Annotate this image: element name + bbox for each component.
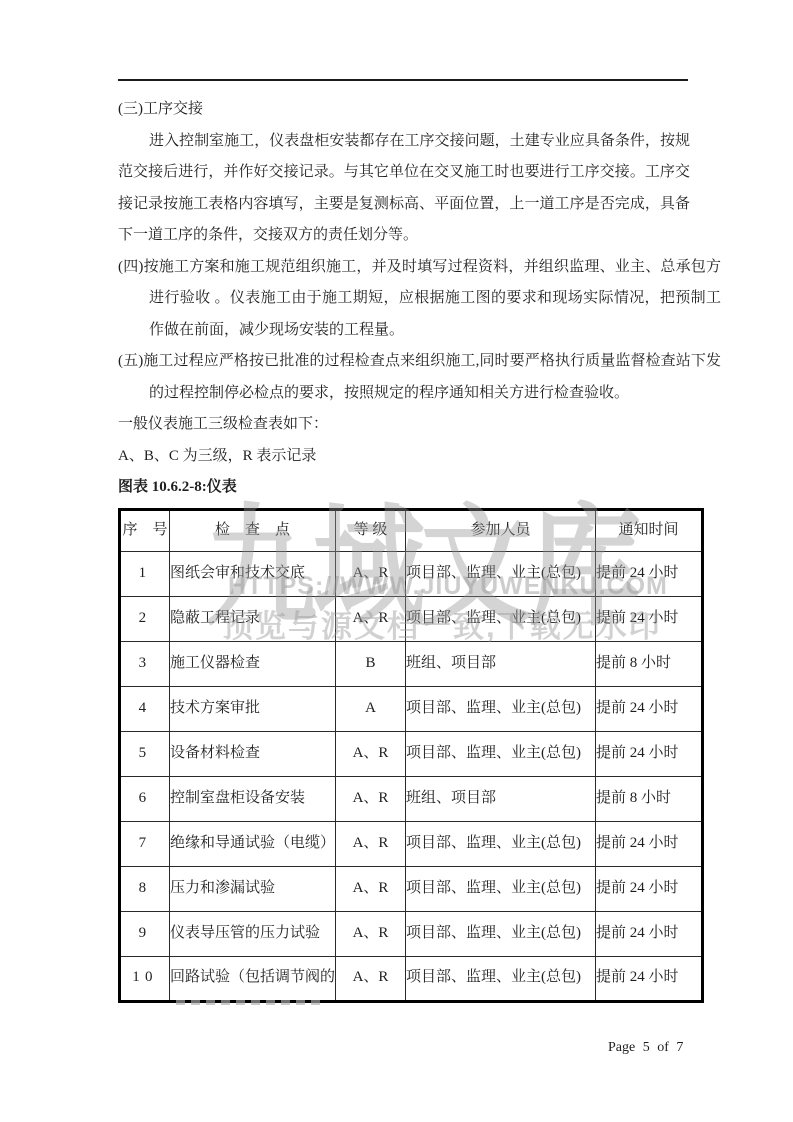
table-cell: 9 [120,911,170,956]
table-cell: 班组、项目部 [406,776,596,821]
inspection-table: 序 号 检 查 点 等 级 参加人员 通知时间 1图纸会审和技术交底A、R项目部… [118,508,704,1003]
table-cell: 项目部、监理、业主(总包) [406,866,596,911]
table-cell: A、R [336,911,406,956]
table-cell: A [336,686,406,731]
table-cell: 2 [120,596,170,641]
section3-paragraph: 进入控制室施工，仪表盘柜安装都存在工序交接问题，土建专业应具备条件，按规范交接后… [118,126,690,252]
note-intro: 一般仪表施工三级检查表如下： [118,409,690,441]
table-cell: 提前 8 小时 [596,641,703,686]
table-row: 1图纸会审和技术交底A、R项目部、监理、业主(总包)提前 24 小时 [120,551,703,596]
document-body: (三)工序交接 进入控制室施工，仪表盘柜安装都存在工序交接问题，土建专业应具备条… [118,94,701,1003]
table-cell: A、R [336,596,406,641]
table-cell: 4 [120,686,170,731]
table-cell: A、R [336,776,406,821]
section5-paragraph: (五)施工过程应严格按已批准的过程检查点来组织施工,同时要严格执行质量监督检查站… [118,346,721,409]
table-cell: 10 [120,956,170,1001]
table-cell: 提前 24 小时 [596,911,703,956]
table-cell: A、R [336,821,406,866]
table-cell: 回路试验（包括调节阀的功 [170,956,336,1001]
header-check-point: 检 查 点 [170,509,336,551]
table-cell: 仪表导压管的压力试验 [170,911,336,956]
table-cell: 项目部、监理、业主(总包) [406,956,596,1001]
table-cell: 提前 24 小时 [596,866,703,911]
table-cell: 项目部、监理、业主(总包) [406,596,596,641]
page-header-rule [118,79,688,81]
table-cell: A、R [336,866,406,911]
page-number: Page 5 of 7 [608,1040,683,1056]
table-cell: 控制室盘柜设备安装 [170,776,336,821]
table-cell: 提前 24 小时 [596,956,703,1001]
table-cell: 绝缘和导通试验（电缆） [170,821,336,866]
table-row: 6控制室盘柜设备安装A、R班组、项目部提前 8 小时 [120,776,703,821]
table-cell: 项目部、监理、业主(总包) [406,821,596,866]
table-cell: 施工仪器检查 [170,641,336,686]
table-row: 8压力和渗漏试验A、R项目部、监理、业主(总包)提前 24 小时 [120,866,703,911]
table-cell: 提前 24 小时 [596,551,703,596]
table-cell: 项目部、监理、业主(总包) [406,551,596,596]
header-serial-number: 序 号 [120,509,170,551]
table-row: 7绝缘和导通试验（电缆）A、R项目部、监理、业主(总包)提前 24 小时 [120,821,703,866]
table-cell: 7 [120,821,170,866]
table-header-row: 序 号 检 查 点 等 级 参加人员 通知时间 [120,509,703,551]
table-cell: 技术方案审批 [170,686,336,731]
clipped-row-fragment [176,1000,326,1005]
table-cell: 设备材料检查 [170,731,336,776]
table-cell: 3 [120,641,170,686]
table-row: 5设备材料检查A、R项目部、监理、业主(总包)提前 24 小时 [120,731,703,776]
table-row: 3施工仪器检查B班组、项目部提前 8 小时 [120,641,703,686]
table-cell: 提前 24 小时 [596,731,703,776]
table-cell: A、R [336,731,406,776]
table-cell: A、R [336,551,406,596]
section3-heading: (三)工序交接 [118,94,690,126]
note-levels: A、B、C 为三级，R 表示记录 [118,441,690,473]
header-participants: 参加人员 [406,509,596,551]
table-cell: 项目部、监理、业主(总包) [406,731,596,776]
table-caption: 图表 10.6.2-8:仪表 [118,472,690,504]
table-cell: 班组、项目部 [406,641,596,686]
table-cell: 5 [120,731,170,776]
table-row: 9仪表导压管的压力试验A、R项目部、监理、业主(总包)提前 24 小时 [120,911,703,956]
header-notice-time: 通知时间 [596,509,703,551]
table-cell: 提前 24 小时 [596,821,703,866]
table-cell: A、R [336,956,406,1001]
table-cell: 提前 24 小时 [596,596,703,641]
table-row: 2隐蔽工程记录A、R项目部、监理、业主(总包)提前 24 小时 [120,596,703,641]
section4-paragraph: (四)按施工方案和施工规范组织施工，并及时填写过程资料，并组织监理、业主、总承包… [118,252,721,347]
table-cell: 压力和渗漏试验 [170,866,336,911]
table-cell: B [336,641,406,686]
table-cell: 8 [120,866,170,911]
table-cell: 项目部、监理、业主(总包) [406,911,596,956]
table-cell: 6 [120,776,170,821]
check-table-body: 1图纸会审和技术交底A、R项目部、监理、业主(总包)提前 24 小时2隐蔽工程记… [120,551,703,1001]
header-level: 等 级 [336,509,406,551]
table-cell: 项目部、监理、业主(总包) [406,686,596,731]
table-cell: 提前 24 小时 [596,686,703,731]
table-cell: 图纸会审和技术交底 [170,551,336,596]
table-row: 10回路试验（包括调节阀的功A、R项目部、监理、业主(总包)提前 24 小时 [120,956,703,1001]
table-cell: 提前 8 小时 [596,776,703,821]
table-cell: 1 [120,551,170,596]
table-row: 4技术方案审批A项目部、监理、业主(总包)提前 24 小时 [120,686,703,731]
table-cell: 隐蔽工程记录 [170,596,336,641]
